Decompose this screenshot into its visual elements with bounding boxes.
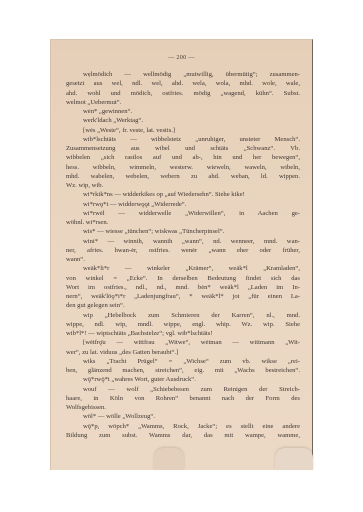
text-line: haare, in Köln von Rohren“ benannt nach … bbox=[66, 394, 300, 403]
text-line: gesetzt aus wel, ndl. wel, ahd. wela, wo… bbox=[66, 79, 300, 88]
text-line: mhd. wabelen, webelen, webern zu ahd. we… bbox=[66, 172, 300, 181]
text-line: nern“, weäk'löǫ*i*r „Ladenjungfrau“, * w… bbox=[66, 292, 300, 301]
text-line: wis* — wiesse „tünchen“; wiskwas „Tünche… bbox=[66, 227, 300, 236]
text-line: Zusammensetzung aus wibel und schtäts „S… bbox=[66, 144, 300, 153]
thumb-right bbox=[275, 448, 313, 470]
text-line: wöl* — wölle „Wollzeug“. bbox=[66, 412, 300, 421]
text-line: Bildung zum subst. Wamms dar, das mit wa… bbox=[66, 431, 300, 440]
text-line: wib*l*! — wiptschtäts „Bachstelze“; vgl.… bbox=[66, 329, 300, 338]
thumb-left bbox=[154, 448, 184, 470]
text-line: [wėtfrǫ̈u — wittfrau „Witwe“, wėtman — w… bbox=[66, 338, 300, 347]
text-line: ben, glänzend machen, streichen“, eig. m… bbox=[66, 366, 300, 375]
text-line: wi*rwėl — widderwelle „Widerwillen“, in … bbox=[66, 209, 300, 218]
text-line: wippe, ndl. wip, mndl. wippe, engl. whip… bbox=[66, 320, 300, 329]
text-line: weäk*li*r — winkeler „Krämer“, weäk*l „K… bbox=[66, 264, 300, 273]
text-line: wip „Hebelbock zum Schmieren der Karren“… bbox=[66, 311, 300, 320]
text-line: wi*rkik*ns — widderkikes op „auf Wieders… bbox=[66, 190, 300, 199]
text-line: Wz. wip, wib. bbox=[66, 181, 300, 190]
text-line: ahd. wohl und mödich, ostfries. mödig „w… bbox=[66, 89, 300, 98]
text-line: wöhnl. wi*rsen. bbox=[66, 218, 300, 227]
text-line: wibbelen „sich rastlos auf und ab-, hin … bbox=[66, 153, 300, 162]
text-line: wǭ*rwǭ*t „wahres Wort, guter Ausdruck“. bbox=[66, 375, 300, 384]
text-line: wini* — winnih, wannih „wann“, nd. wenne… bbox=[66, 237, 300, 246]
text-line: wǭ*p, wöpch* „Wamms, Rock, Jacke“; es st… bbox=[66, 422, 300, 431]
page-text-block: wẹlmödich — wellmödig „mutwillig, übermü… bbox=[66, 70, 300, 440]
text-line: [wės „Weste“, fr. veste, lat. vestis.] bbox=[66, 126, 300, 135]
text-line: von winkel = „Ecke“. In derselben Bedeut… bbox=[66, 274, 300, 283]
book-page: — 200 — wẹlmödich — wellmödig „mutwillig… bbox=[50, 39, 313, 470]
text-line: wiks „Tracht Prügel“ = „Wichse“ zum vb. … bbox=[66, 357, 300, 366]
text-line: Wolfsgebissen. bbox=[66, 403, 300, 412]
page-number: — 200 — bbox=[51, 54, 312, 61]
text-line: den gut gelegen sein“. bbox=[66, 301, 300, 310]
text-line: welmot „Uebermut“. bbox=[66, 98, 300, 107]
text-line: werk'ldach „Werktag“. bbox=[66, 116, 300, 125]
text-line: ner, afries. hwan-ėr, ostfries. wenėr „w… bbox=[66, 246, 300, 255]
text-line: wib*lschtäts — wibbelstetz „unruhiger, u… bbox=[66, 135, 300, 144]
text-line: wer“, zu lat. viduus „des Gatten beraubt… bbox=[66, 348, 300, 357]
text-line: wann“. bbox=[66, 255, 300, 264]
text-line: wėn* „gewinnen“. bbox=[66, 107, 300, 116]
text-line: Wort im ostfries., ndl., nd., mnd. bėn* … bbox=[66, 283, 300, 292]
text-line: wi*rwǫ*t — widderwǫǫt „Widerrede“. bbox=[66, 200, 300, 209]
text-line: wouf — wolf „Schiebebesen zum Reinigen d… bbox=[66, 385, 300, 394]
text-line: hess. wibbeln, wimmeln, westerw. wieweln… bbox=[66, 163, 300, 172]
text-line: wẹlmödich — wellmödig „mutwillig, übermü… bbox=[66, 70, 300, 79]
